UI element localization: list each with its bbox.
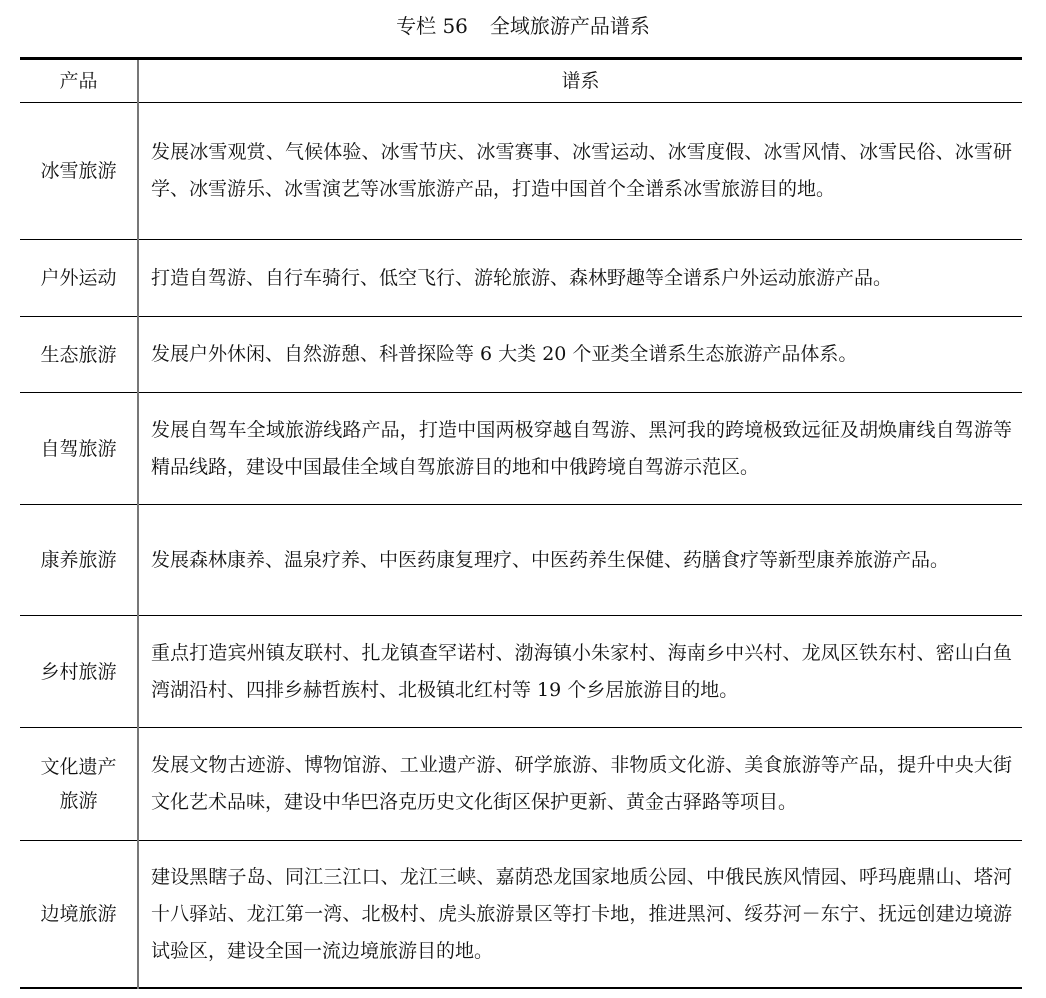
- caption-number: 专栏 56: [396, 14, 468, 38]
- row-product: 自驾旅游: [20, 393, 138, 505]
- row-product: 边境旅游: [20, 841, 138, 989]
- row-spectrum: 发展文物古迹游、博物馆游、工业遗产游、研学旅游、非物质文化游、美食旅游等产品，提…: [138, 728, 1022, 841]
- row-product: 乡村旅游: [20, 616, 138, 728]
- header-product: 产品: [20, 59, 138, 103]
- table-row: 边境旅游 建设黑瞎子岛、同江三江口、龙江三峡、嘉荫恐龙国家地质公园、中俄民族风情…: [20, 841, 1022, 989]
- row-spectrum: 发展户外休闲、自然游憩、科普探险等 6 大类 20 个亚类全谱系生态旅游产品体系…: [138, 317, 1022, 393]
- row-spectrum: 建设黑瞎子岛、同江三江口、龙江三峡、嘉荫恐龙国家地质公园、中俄民族风情园、呼玛鹿…: [138, 841, 1022, 989]
- table-caption: 专栏 56全域旅游产品谱系: [0, 10, 1046, 39]
- table-row: 户外运动 打造自驾游、自行车骑行、低空飞行、游轮旅游、森林野趣等全谱系户外运动旅…: [20, 240, 1022, 317]
- row-spectrum: 重点打造宾州镇友联村、扎龙镇查罕诺村、渤海镇小朱家村、海南乡中兴村、龙凤区铁东村…: [138, 616, 1022, 728]
- header-spectrum: 谱系: [138, 59, 1022, 103]
- table-row: 乡村旅游 重点打造宾州镇友联村、扎龙镇查罕诺村、渤海镇小朱家村、海南乡中兴村、龙…: [20, 616, 1022, 728]
- row-spectrum: 发展自驾车全域旅游线路产品，打造中国两极穿越自驾游、黑河我的跨境极致远征及胡焕庸…: [138, 393, 1022, 505]
- row-spectrum: 打造自驾游、自行车骑行、低空飞行、游轮旅游、森林野趣等全谱系户外运动旅游产品。: [138, 240, 1022, 317]
- row-product: 户外运动: [20, 240, 138, 317]
- table-row: 康养旅游 发展森林康养、温泉疗养、中医药康复理疗、中医药养生保健、药膳食疗等新型…: [20, 505, 1022, 616]
- row-spectrum: 发展森林康养、温泉疗养、中医药康复理疗、中医药养生保健、药膳食疗等新型康养旅游产…: [138, 505, 1022, 616]
- row-product: 文化遗产 旅游: [20, 728, 138, 841]
- row-product: 康养旅游: [20, 505, 138, 616]
- row-product-line: 旅游: [24, 784, 133, 818]
- table-header-row: 产品 谱系: [20, 59, 1022, 103]
- product-spectrum-table: 产品 谱系 冰雪旅游 发展冰雪观赏、气候体验、冰雪节庆、冰雪赛事、冰雪运动、冰雪…: [20, 57, 1022, 989]
- table-row: 生态旅游 发展户外休闲、自然游憩、科普探险等 6 大类 20 个亚类全谱系生态旅…: [20, 317, 1022, 393]
- row-product-line: 文化遗产: [24, 750, 133, 784]
- table-row: 自驾旅游 发展自驾车全域旅游线路产品，打造中国两极穿越自驾游、黑河我的跨境极致远…: [20, 393, 1022, 505]
- table-row: 文化遗产 旅游 发展文物古迹游、博物馆游、工业遗产游、研学旅游、非物质文化游、美…: [20, 728, 1022, 841]
- row-product: 冰雪旅游: [20, 103, 138, 240]
- row-spectrum: 发展冰雪观赏、气候体验、冰雪节庆、冰雪赛事、冰雪运动、冰雪度假、冰雪风情、冰雪民…: [138, 103, 1022, 240]
- table-row: 冰雪旅游 发展冰雪观赏、气候体验、冰雪节庆、冰雪赛事、冰雪运动、冰雪度假、冰雪风…: [20, 103, 1022, 240]
- caption-text: 全域旅游产品谱系: [490, 14, 650, 38]
- row-product: 生态旅游: [20, 317, 138, 393]
